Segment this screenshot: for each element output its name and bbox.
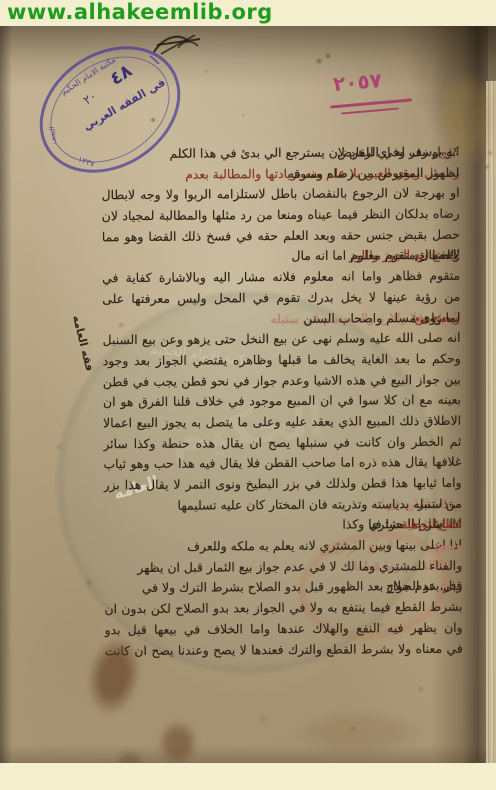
- site-url: www.alhakeemlib.org: [0, 0, 496, 25]
- manuscript-line: كقول زفر وفي الرهن لان يسترجع الي بدئ في…: [101, 142, 459, 165]
- manuscript-line: المشاهدة ويصح بيع التراب قلا والارز والس…: [102, 307, 460, 330]
- manuscript-line: هذا كالقشر وما قطعا والفناء للمشتري وما …: [104, 555, 462, 578]
- page-left-shadow: [0, 26, 12, 763]
- manuscript-line: وجوز اذا اخلى بينها وبين المشتري لانه يع…: [104, 535, 462, 558]
- manuscript-line: وان يظهر فيه النفع والهلاك عندها واما ال…: [105, 618, 463, 641]
- manuscript-line: رد مثل ربوي العين بلا علم منه بزيادتها و…: [101, 162, 459, 185]
- manuscript-line: بعينه مع ان كلا سوا في ان المبيع موجود ف…: [103, 390, 461, 413]
- margin-note: فقه العامه: [60, 272, 97, 372]
- manuscript-line: الاطلاق ذلك المبيع الذي يعقد عليه وعلى م…: [103, 411, 461, 434]
- manuscript-line: انه صلى الله عليه وسلم نهى عن بيع النخل …: [102, 328, 460, 351]
- manuscript-photo: مكتبة الامام الحكيم الحكيم العامة مكتبة …: [0, 26, 496, 763]
- site-banner: www.alhakeemlib.org: [0, 0, 496, 26]
- manuscript-line: حصل بقبض جنس حقه وبعد العلم حقه في فسخ ذ…: [102, 225, 460, 248]
- manuscript-line: وفي عدم جواز بعد الظهور قبل بدو الصلاح ب…: [104, 576, 462, 599]
- paper-speckles: [0, 26, 2, 28]
- manuscript-line: متقوم فظاهر واما انه معلوم فلانه مشار ال…: [102, 266, 460, 289]
- manuscript-line: وهذا تمر وحكم البايع فيها من سنبله بدياس…: [104, 493, 462, 516]
- manuscript-line: بشرط القطع فيما ينتفع به ولا في الجواز ب…: [104, 597, 462, 620]
- manuscript-line: او بهرجة لان الرجوع بالنقصان باطل لاستلز…: [101, 183, 459, 206]
- stamp-rim-left-text: النجف: [48, 126, 58, 145]
- bottom-strip: [0, 763, 496, 790]
- manuscript-line: واما ثيابها هذا قطن ولذلك في بزر البطيخ …: [104, 473, 462, 496]
- manuscript-line: بين جواز البيع في هذه الاشيا وعدم جواز ف…: [103, 369, 461, 392]
- manuscript-line: غلافها يقال هذه ذره اما صاحب القطن فلا ي…: [103, 452, 461, 475]
- ink-stain: [158, 720, 198, 763]
- manuscript-line: وحكم ما بعد الغاية يخالف ما قبلها وظاهره…: [103, 349, 461, 372]
- catalog-number: ٢٠٥٧: [332, 68, 383, 96]
- manuscript-line: من رؤية عينها لا يخل بدرك تقوم في المحل …: [102, 287, 460, 310]
- screenshot-root: www.alhakeemlib.org مكتبة الامام الحكيم …: [0, 0, 496, 790]
- paper-stain: [295, 712, 425, 754]
- manuscript-line: ثم الخطر وان كانت في سنبلها يصح ان يقال …: [103, 431, 461, 454]
- manuscript-line: رضاه بدلكان النظر فيما عيناه ومنعا من رد…: [102, 204, 460, 227]
- page-bottom-shadow: [0, 745, 496, 763]
- manuscript-text: كقول زفر وفي الرهن لان يسترجع الي بدئ في…: [101, 142, 463, 662]
- manuscript-line: في معناه ولا بشرط القطع والترك فعندها لا…: [105, 638, 463, 661]
- manuscript-line: قلنا يلزم المشتري جذاذ الثمرة اذا اشتراه…: [104, 514, 462, 537]
- manuscript-line: القضا ويصح بيع الجوز واللوز والفستق في ق…: [102, 245, 460, 268]
- page-edge-strips: [486, 81, 496, 763]
- catalog-underline-2: [341, 107, 399, 114]
- paper-stain: [438, 70, 496, 165]
